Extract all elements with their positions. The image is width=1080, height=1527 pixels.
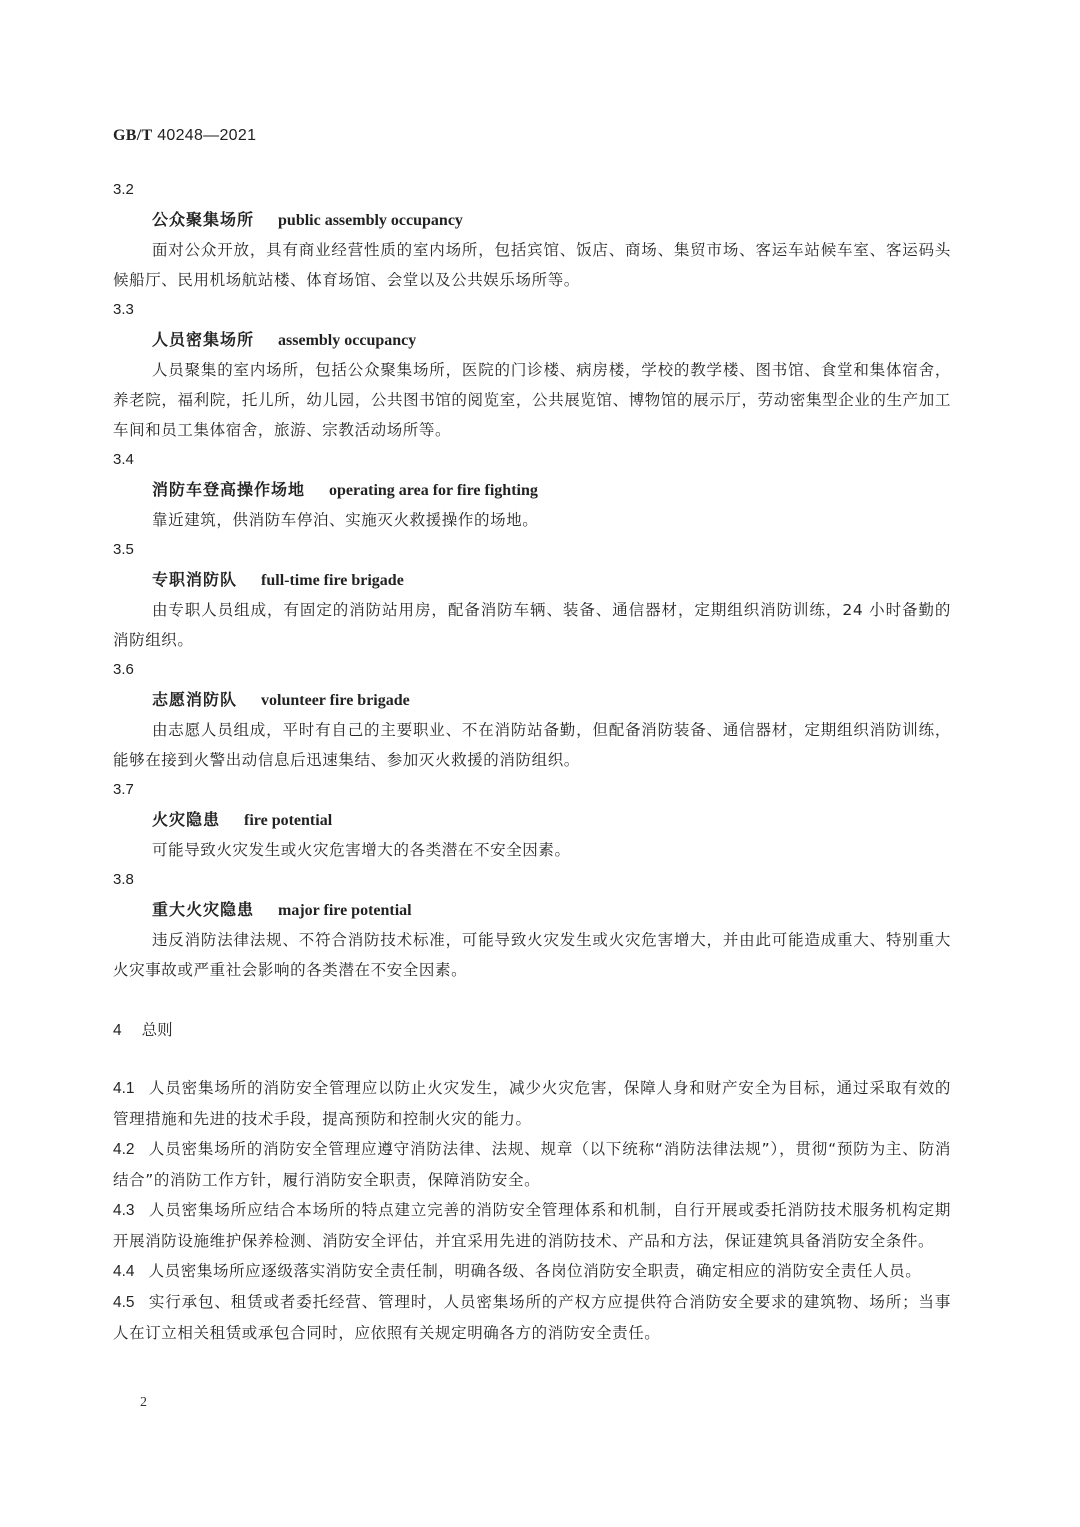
- term-number: 3.8: [113, 865, 951, 895]
- term-zh: 专职消防队: [152, 570, 237, 589]
- document-body: 3.2 公众聚集场所public assembly occupancy 面对公众…: [113, 175, 951, 1348]
- term-definition: 可能导致火灾发生或火灾危害增大的各类潜在不安全因素。: [113, 835, 951, 865]
- term-number: 3.2: [113, 175, 951, 205]
- term-zh: 火灾隐患: [152, 810, 220, 829]
- term-definition: 违反消防法律法规、不符合消防技术标准，可能导致火灾发生或火灾危害增大，并由此可能…: [113, 925, 951, 985]
- clause-number: 4.5: [113, 1294, 135, 1311]
- term-entry: 3.2 公众聚集场所public assembly occupancy 面对公众…: [113, 175, 951, 295]
- document-header: GB/T 40248—2021: [113, 127, 256, 145]
- term-definition: 面对公众开放，具有商业经营性质的室内场所，包括宾馆、饭店、商场、集贸市场、客运车…: [113, 235, 951, 295]
- clause-number: 4.4: [113, 1263, 135, 1280]
- term-entry: 3.6 志愿消防队volunteer fire brigade 由志愿人员组成，…: [113, 655, 951, 775]
- term-title: 火灾隐患fire potential: [113, 805, 951, 835]
- clause-number: 4.3: [113, 1202, 135, 1219]
- term-zh: 重大火灾隐患: [152, 900, 254, 919]
- term-en: public assembly occupancy: [278, 212, 463, 229]
- term-entry: 3.3 人员密集场所assembly occupancy 人员聚集的室内场所，包…: [113, 295, 951, 445]
- clause-text: 人员密集场所应结合本场所的特点建立完善的消防安全管理体系和机制，自行开展或委托消…: [113, 1201, 951, 1250]
- clause: 4.5实行承包、租赁或者委托经营、管理时，人员密集场所的产权方应提供符合消防安全…: [113, 1287, 951, 1348]
- term-number: 3.6: [113, 655, 951, 685]
- term-title: 消防车登高操作场地operating area for fire fightin…: [113, 475, 951, 505]
- clause: 4.3人员密集场所应结合本场所的特点建立完善的消防安全管理体系和机制，自行开展或…: [113, 1195, 951, 1256]
- clause-number: 4.2: [113, 1141, 135, 1158]
- section-title: 总则: [142, 1021, 173, 1039]
- term-number: 3.7: [113, 775, 951, 805]
- page-number: 2: [140, 1395, 147, 1411]
- term-title: 重大火灾隐患major fire potential: [113, 895, 951, 925]
- term-zh: 消防车登高操作场地: [152, 480, 305, 499]
- term-en: major fire potential: [278, 902, 412, 919]
- standard-prefix: GB/T: [113, 127, 152, 144]
- section-number: 4: [113, 1022, 122, 1039]
- standard-number: 40248—2021: [157, 127, 256, 144]
- term-en: full-time fire brigade: [261, 572, 404, 589]
- term-en: fire potential: [244, 812, 332, 829]
- clause-number: 4.1: [113, 1080, 135, 1097]
- term-number: 3.4: [113, 445, 951, 475]
- term-zh: 人员密集场所: [152, 330, 254, 349]
- term-number: 3.5: [113, 535, 951, 565]
- term-zh: 志愿消防队: [152, 690, 237, 709]
- term-entry: 3.5 专职消防队full-time fire brigade 由专职人员组成，…: [113, 535, 951, 655]
- spacer: [113, 985, 951, 1015]
- term-definition: 由志愿人员组成，平时有自己的主要职业、不在消防站备勤，但配备消防装备、通信器材，…: [113, 715, 951, 775]
- term-en: operating area for fire fighting: [329, 482, 538, 499]
- clause: 4.4人员密集场所应逐级落实消防安全责任制，明确各级、各岗位消防安全职责，确定相…: [113, 1256, 951, 1287]
- term-en: assembly occupancy: [278, 332, 416, 349]
- clause: 4.1人员密集场所的消防安全管理应以防止火灾发生，减少火灾危害，保障人身和财产安…: [113, 1073, 951, 1134]
- spacer: [113, 1045, 951, 1073]
- clause-text: 人员密集场所的消防安全管理应遵守消防法律、法规、规章（以下统称“消防法律法规”）…: [113, 1140, 951, 1189]
- term-entry: 3.7 火灾隐患fire potential 可能导致火灾发生或火灾危害增大的各…: [113, 775, 951, 865]
- clause: 4.2人员密集场所的消防安全管理应遵守消防法律、法规、规章（以下统称“消防法律法…: [113, 1134, 951, 1195]
- clause-text: 实行承包、租赁或者委托经营、管理时，人员密集场所的产权方应提供符合消防安全要求的…: [113, 1293, 951, 1342]
- term-title: 专职消防队full-time fire brigade: [113, 565, 951, 595]
- term-entry: 3.4 消防车登高操作场地operating area for fire fig…: [113, 445, 951, 535]
- clause-text: 人员密集场所的消防安全管理应以防止火灾发生，减少火灾危害，保障人身和财产安全为目…: [113, 1079, 951, 1128]
- term-title: 志愿消防队volunteer fire brigade: [113, 685, 951, 715]
- term-definition: 人员聚集的室内场所，包括公众聚集场所，医院的门诊楼、病房楼，学校的教学楼、图书馆…: [113, 355, 951, 445]
- term-entry: 3.8 重大火灾隐患major fire potential 违反消防法律法规、…: [113, 865, 951, 985]
- term-title: 人员密集场所assembly occupancy: [113, 325, 951, 355]
- term-en: volunteer fire brigade: [261, 692, 410, 709]
- term-zh: 公众聚集场所: [152, 210, 254, 229]
- term-definition: 由专职人员组成，有固定的消防站用房，配备消防车辆、装备、通信器材，定期组织消防训…: [113, 595, 951, 655]
- term-definition: 靠近建筑，供消防车停泊、实施灭火救援操作的场地。: [113, 505, 951, 535]
- term-title: 公众聚集场所public assembly occupancy: [113, 205, 951, 235]
- clause-text: 人员密集场所应逐级落实消防安全责任制，明确各级、各岗位消防安全职责，确定相应的消…: [149, 1262, 922, 1280]
- term-number: 3.3: [113, 295, 951, 325]
- section-heading: 4总则: [113, 1015, 951, 1045]
